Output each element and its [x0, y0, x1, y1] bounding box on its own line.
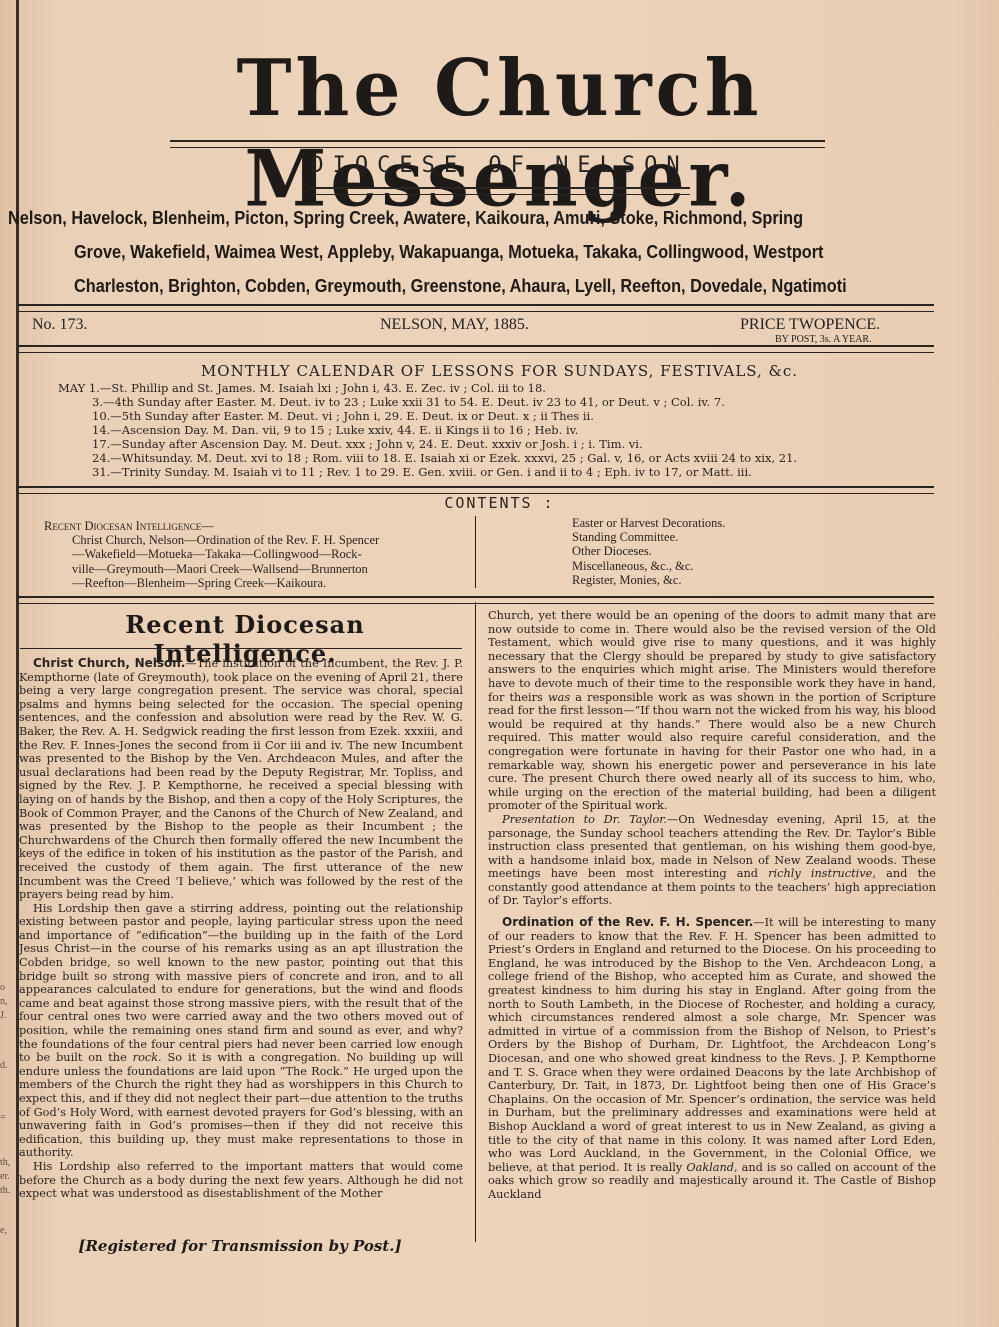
subtitle-rule: [310, 187, 690, 195]
header-rule-top: [18, 304, 934, 312]
contents-rule: [18, 596, 934, 604]
calendar-row: MAY 1.—St. Phillip and St. James. M. Isa…: [58, 381, 546, 395]
gutter-fragment: =: [0, 1112, 6, 1123]
gutter-fragment: er.: [0, 1171, 10, 1182]
calendar-rule: [18, 486, 934, 494]
diocese-subtitle: DIOCESE OF NELSON: [0, 153, 999, 178]
newspaper-page: o n, J. d. = th, er. th. e, The Church M…: [0, 0, 999, 1327]
masthead-rule: [170, 140, 825, 148]
gutter-fragment: o: [0, 982, 5, 993]
gutter-fragment: J.: [0, 1010, 6, 1021]
contents-title: CONTENTS :: [0, 494, 999, 512]
contents-heading: Recent Diocesan Intelligence—: [44, 519, 379, 533]
section-title-rule: [20, 648, 462, 649]
masthead-title: The Church Messenger.: [0, 44, 999, 225]
contents-line: ville—Greymouth—Maori Creek—Wallsend—Bru…: [44, 562, 379, 576]
calendar-row: 10.—5th Sunday after Easter. M. Deut. vi…: [92, 409, 594, 423]
paragraph-continued: Church, yet there would be an opening of…: [488, 609, 936, 813]
paragraph-ordination: Ordination of the Rev. F. H. Spencer.—It…: [488, 916, 936, 1201]
contents-item: Register, Monies, &c.: [572, 573, 725, 587]
calendar-row: 14.—Ascension Day. M. Dan. vii, 9 to 15 …: [92, 423, 578, 437]
gutter-fragment: d.: [0, 1060, 8, 1071]
parish-list-line-3: Charleston, Brighton, Cobden, Greymouth,…: [74, 276, 847, 297]
parish-list-line-2: Grove, Wakefield, Waimea West, Appleby, …: [74, 242, 823, 263]
contents-divider: [475, 516, 476, 588]
paragraph-lead: Ordination of the Rev. F. H. Spencer.: [502, 915, 753, 929]
gutter-fragment: n,: [0, 996, 8, 1007]
contents-left-column: Recent Diocesan Intelligence— Christ Chu…: [44, 519, 379, 590]
contents-item: Standing Committee.: [572, 530, 725, 544]
issue-place-date: NELSON, MAY, 1885.: [380, 316, 529, 334]
issue-postal-price: BY POST, 3s. A YEAR.: [775, 334, 872, 345]
gutter-fragment: th,: [0, 1157, 10, 1168]
paragraph-presentation: Presentation to Dr. Taylor.—On Wednesday…: [488, 813, 936, 908]
article-right-column: Church, yet there would be an opening of…: [488, 609, 936, 1202]
contents-item: Other Dioceses.: [572, 544, 725, 558]
header-rule-bottom: [18, 345, 934, 353]
issue-price: PRICE TWOPENCE.: [740, 316, 880, 334]
paragraph-lead: Presentation to Dr. Taylor.: [502, 813, 667, 826]
parish-list-line-1: Nelson, Havelock, Blenheim, Picton, Spri…: [8, 208, 803, 229]
paragraph-christ-church: Christ Church, Nelson.—The institution o…: [19, 657, 463, 902]
calendar-row: 31.—Trinity Sunday. M. Isaiah vi to 11 ;…: [92, 465, 752, 479]
paragraph-address: His Lordship then gave a stirring addres…: [19, 902, 463, 1160]
contents-item: Easter or Harvest Decorations.: [572, 516, 725, 530]
registration-notice: [Registered for Transmission by Post.]: [0, 1237, 480, 1255]
article-left-column: Christ Church, Nelson.—The institution o…: [19, 657, 463, 1201]
contents-line: Christ Church, Nelson—Ordination of the …: [44, 533, 379, 547]
paragraph-matters: His Lordship also referred to the import…: [19, 1160, 463, 1201]
contents-line: —Reefton—Blenheim—Spring Creek—Kaikoura.: [44, 576, 379, 590]
calendar-title: MONTHLY CALENDAR OF LESSONS FOR SUNDAYS,…: [0, 362, 999, 380]
paragraph-lead: Christ Church, Nelson.: [33, 656, 185, 670]
calendar-row: 17.—Sunday after Ascension Day. M. Deut.…: [92, 437, 643, 451]
gutter-fragment: th.: [0, 1185, 10, 1196]
contents-line: —Wakefield—Motueka—Takaka—Collingwood—Ro…: [44, 547, 379, 561]
calendar-row: 3.—4th Sunday after Easter. M. Deut. iv …: [92, 395, 725, 409]
gutter-fragment: e,: [0, 1225, 7, 1236]
calendar-row: 24.—Whitsunday. M. Deut. xvi to 18 ; Rom…: [92, 451, 797, 465]
issue-number: No. 173.: [32, 316, 88, 334]
contents-item: Miscellaneous, &c., &c.: [572, 559, 725, 573]
contents-right-column: Easter or Harvest Decorations. Standing …: [572, 516, 725, 587]
column-divider: [475, 602, 476, 1242]
